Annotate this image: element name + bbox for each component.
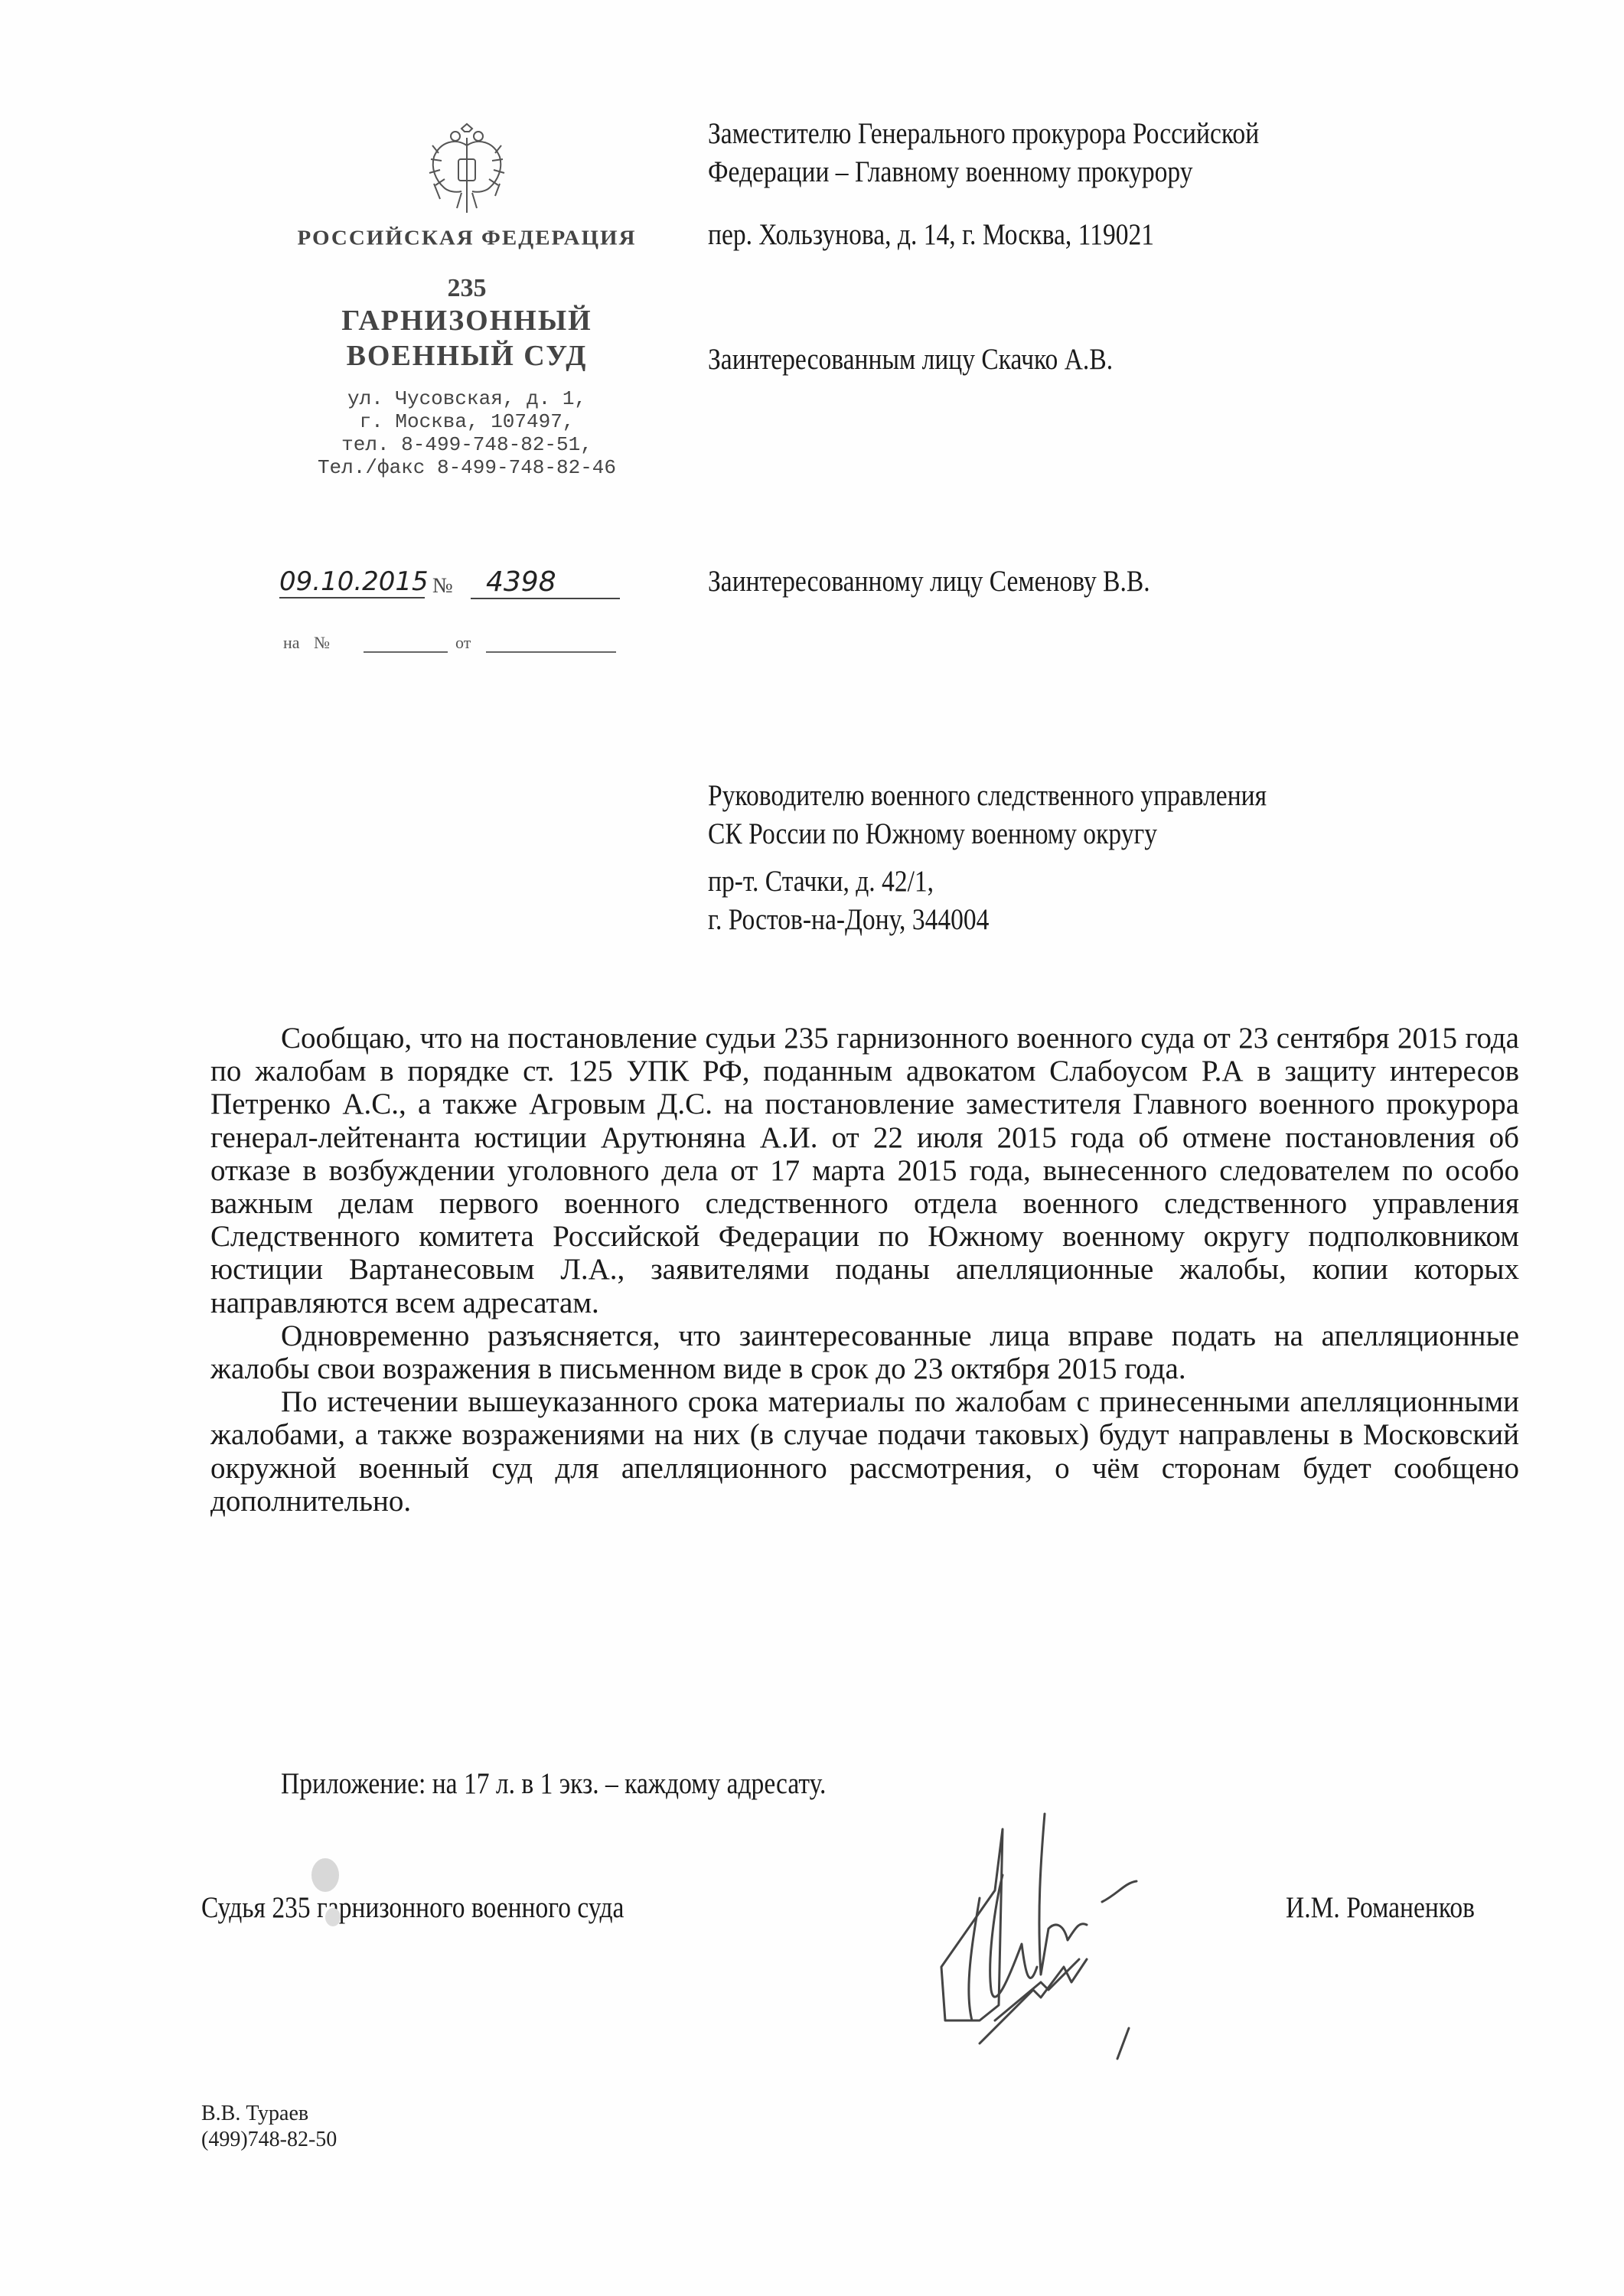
addressee-address: пр-т. Стачки, д. 42/1, <box>708 863 1267 901</box>
addressee-line: Федерации – Главному военному прокурору <box>708 153 1259 191</box>
reference-from-label: от <box>455 633 471 653</box>
russian-coat-of-arms-icon <box>425 122 509 218</box>
addressee-prosecutor: Заместителю Генерального прокурора Росси… <box>708 115 1259 254</box>
letterhead-court-number: 235 <box>253 274 681 303</box>
addressee-line: Заместителю Генерального прокурора Росси… <box>708 115 1259 153</box>
reference-number-blank <box>364 651 448 653</box>
registration-line: 09.10.2015 № 4398 <box>279 566 647 605</box>
letterhead-address-line: ул. Чусовская, д. 1, <box>253 387 681 410</box>
letterhead-address-line: Тел./факс 8-499-748-82-46 <box>253 456 681 479</box>
signer-name: И.М. Романенков <box>1286 1890 1475 1925</box>
registration-number-label: № <box>432 574 453 598</box>
addressee-line: СК России по Южному военному округу <box>708 815 1267 853</box>
reference-line: на № от <box>283 631 651 662</box>
addressee-line: Заинтересованным лицу Скачко А.В. <box>708 341 1113 379</box>
reference-number-label: № <box>314 633 330 653</box>
scan-smudge <box>302 1837 356 1929</box>
executor-phone: (499)748-82-50 <box>201 2127 337 2153</box>
letterhead-address: ул. Чусовская, д. 1, г. Москва, 107497, … <box>253 387 681 479</box>
addressee-semenov: Заинтересованному лицу Семенову В.В. <box>708 563 1150 601</box>
handwritten-signature-icon <box>888 1791 1209 2066</box>
body-paragraph: Одновременно разъясняется, что заинтерес… <box>210 1319 1519 1385</box>
letterhead-court-name-line2: ВОЕННЫЙ СУД <box>253 338 681 373</box>
executor-name: В.В. Тураев <box>201 2101 337 2127</box>
letterhead-country: РОССИЙСКАЯ ФЕДЕРАЦИЯ <box>253 227 681 250</box>
reference-prefix: на <box>283 633 300 653</box>
signer-title: Судья 235 гарнизонного военного суда <box>201 1890 624 1925</box>
body-paragraph: Сообщаю, что на постановление судьи 235 … <box>210 1022 1519 1319</box>
addressee-investigation-head: Руководителю военного следственного упра… <box>708 777 1267 939</box>
addressee-line: Руководителю военного следственного упра… <box>708 777 1267 815</box>
letterhead-court-name-line1: ГАРНИЗОННЫЙ <box>253 303 681 338</box>
body-paragraph: По истечении вышеуказанного срока матери… <box>210 1385 1519 1518</box>
addressee-address: пер. Хользунова, д. 14, г. Москва, 11902… <box>708 216 1259 254</box>
reference-date-blank <box>486 651 616 653</box>
letterhead: РОССИЙСКАЯ ФЕДЕРАЦИЯ 235 ГАРНИЗОННЫЙ ВОЕ… <box>253 122 681 479</box>
registration-date: 09.10.2015 <box>279 566 425 598</box>
attachment-note: Приложение: на 17 л. в 1 экз. – каждому … <box>281 1766 826 1801</box>
executor-info: В.В. Тураев (499)748-82-50 <box>201 2101 337 2153</box>
scanned-letter-page: РОССИЙСКАЯ ФЕДЕРАЦИЯ 235 ГАРНИЗОННЫЙ ВОЕ… <box>0 0 1624 2296</box>
letter-body: Сообщаю, что на постановление судьи 235 … <box>210 1022 1519 1518</box>
addressee-address: г. Ростов-на-Дону, 344004 <box>708 901 1267 939</box>
addressee-skachko: Заинтересованным лицу Скачко А.В. <box>708 341 1113 379</box>
addressee-line: Заинтересованному лицу Семенову В.В. <box>708 563 1150 601</box>
letterhead-address-line: тел. 8-499-748-82-51, <box>253 433 681 456</box>
letterhead-address-line: г. Москва, 107497, <box>253 410 681 433</box>
registration-number: 4398 <box>471 566 620 599</box>
